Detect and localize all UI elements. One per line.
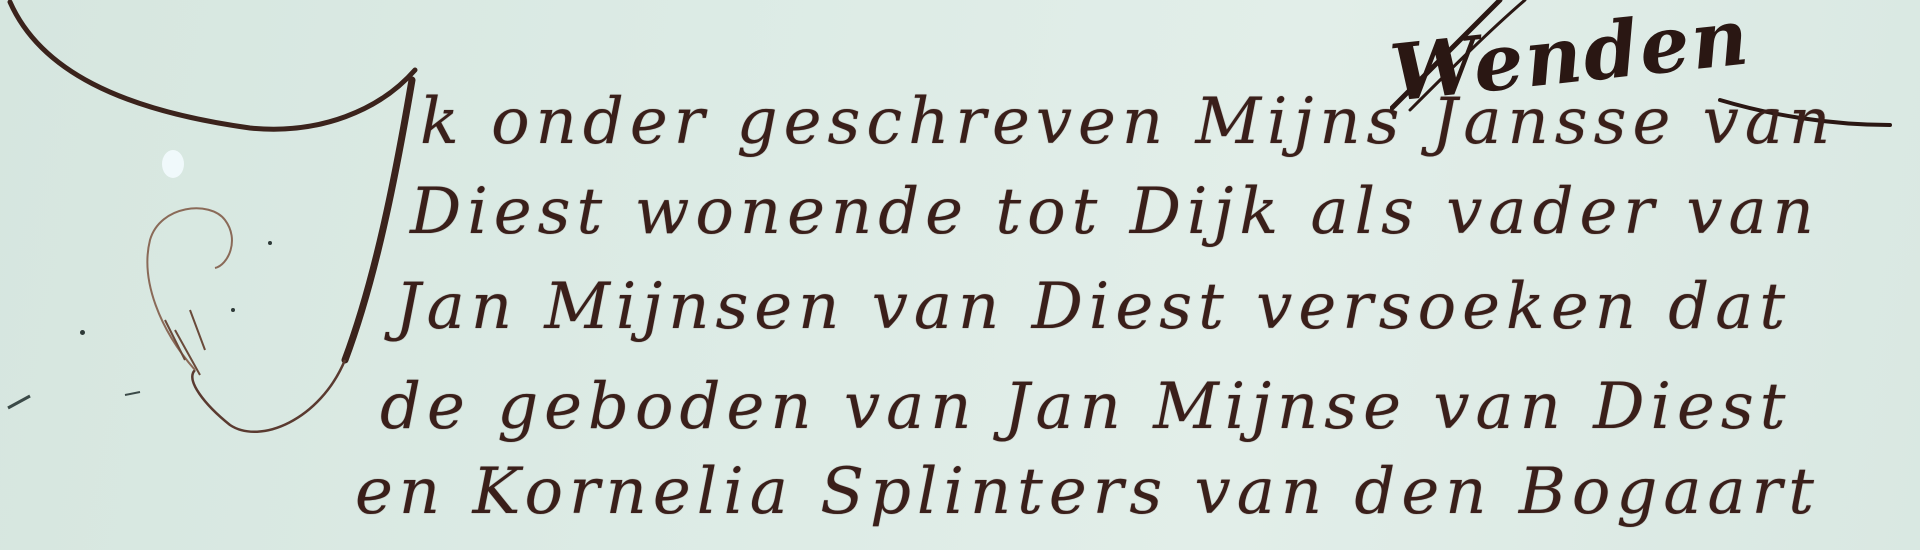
manuscript-line-3: Jan Mijnsen van Diest versoeken dat [395, 270, 1791, 344]
light-glare [162, 150, 184, 178]
manuscript-line-2: Diest wonende tot Dijk als vader van [410, 175, 1820, 249]
manuscript-line-5: en Kornelia Splinters van den Bogaart [355, 455, 1820, 529]
manuscript-line-4: de geboden van Jan Mijnse van Diest [380, 370, 1791, 444]
manuscript-page: Wenden k onder geschreven Mijns Jansse v… [0, 0, 1920, 550]
ink-speck [268, 241, 272, 245]
manuscript-line-1: k onder geschreven Mijns Jansse van [420, 85, 1836, 159]
ink-speck [231, 308, 235, 312]
ink-speck [80, 330, 85, 335]
